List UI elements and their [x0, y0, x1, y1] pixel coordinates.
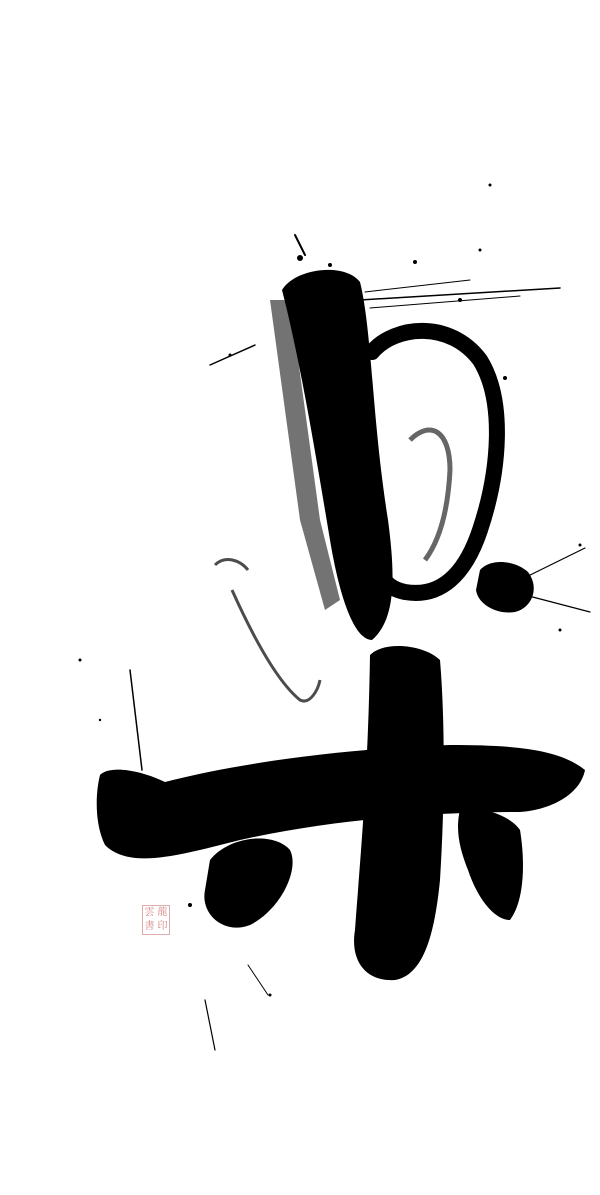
- stroke-lower-left-dot: [204, 839, 292, 928]
- ink-blob-right: [476, 562, 534, 613]
- stroke-loop-inner: [410, 430, 450, 560]
- stroke-lower-right: [458, 809, 523, 920]
- calligraphy-artwork: [0, 0, 600, 1195]
- seal-glyph: 龍: [156, 906, 169, 920]
- stroke-vertical: [354, 646, 444, 980]
- stroke-left-hook: [215, 560, 320, 701]
- seal-glyph: 雲: [143, 906, 156, 920]
- artist-seal: 雲 龍 書 印: [142, 905, 170, 935]
- seal-glyph: 印: [156, 920, 169, 934]
- seal-glyph: 書: [143, 920, 156, 934]
